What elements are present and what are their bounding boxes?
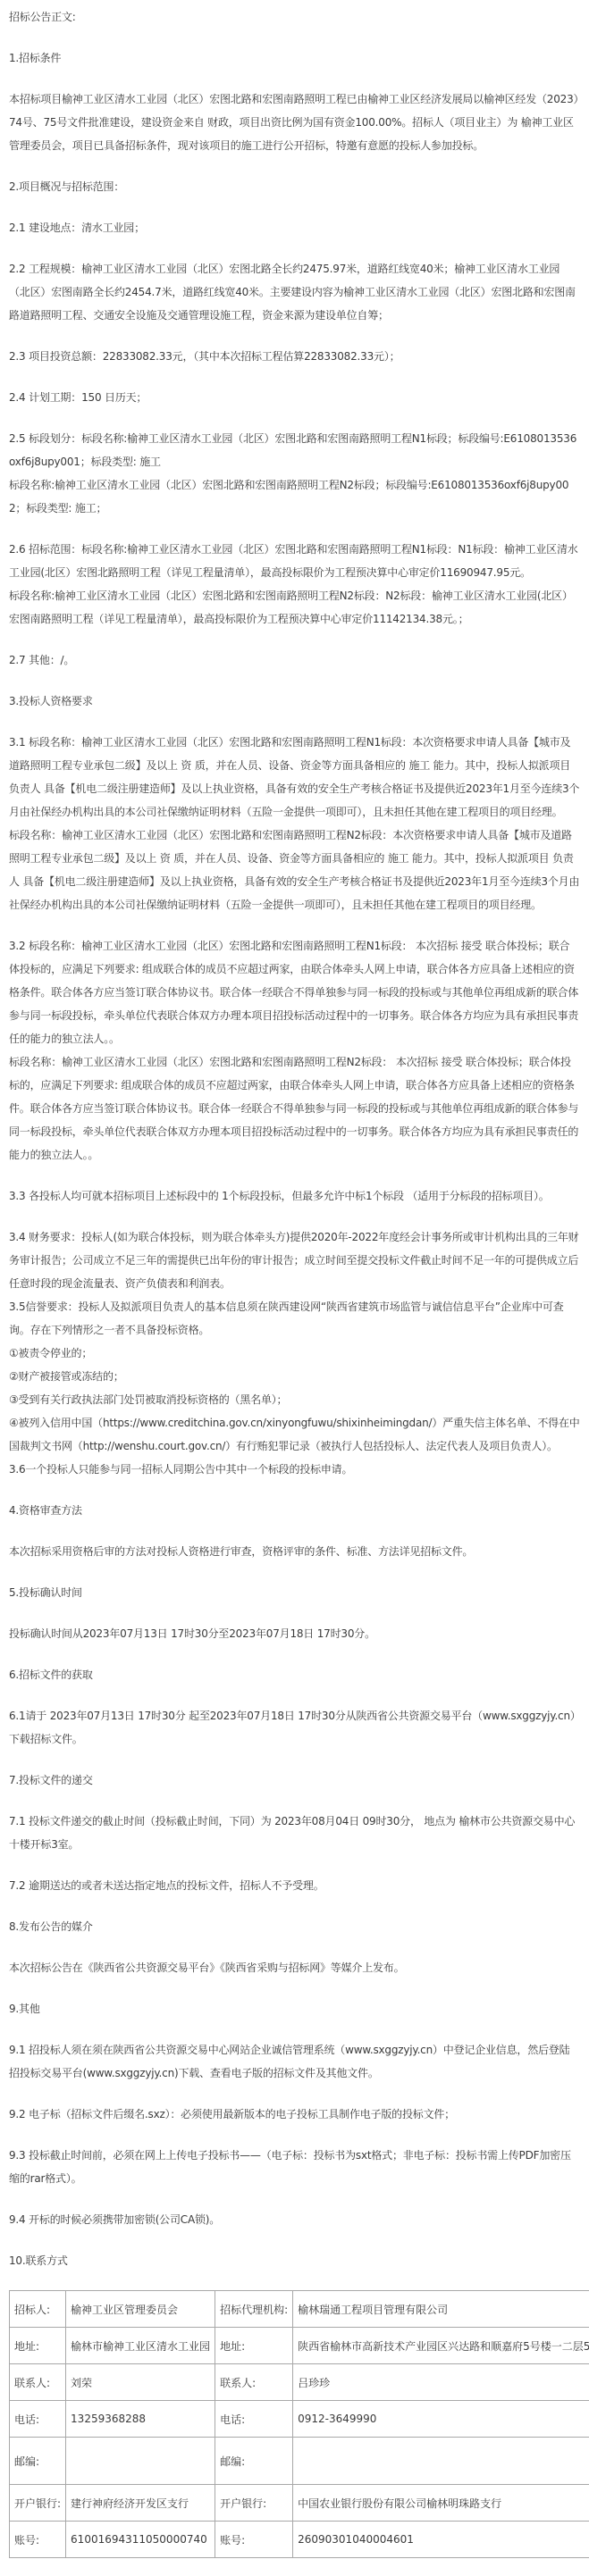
section-4-body: 本次招标采用资格后审的方法对投标人资格进行审查，资格评审的条件、标准、方法详见招… xyxy=(9,1540,580,1563)
section-4-heading: 4.资格审查方法 xyxy=(9,1499,580,1522)
label-cell: 地址: xyxy=(215,2328,293,2364)
label-cell: 招标代理机构: xyxy=(215,2291,293,2328)
section-6-body: 6.1请于 2023年07月13日 17时30分 起至2023年07月18日 1… xyxy=(9,1704,580,1751)
section-9-4: 9.4 开标的时候必须携带加密锁(公司CA锁)。 xyxy=(9,2208,580,2231)
table-row: 开户银行: 建行神府经济开发区支行 开户银行: 中国农业银行股份有限公司榆林明珠… xyxy=(10,2485,589,2522)
value-cell: 榆神工业区管理委员会 xyxy=(66,2291,215,2328)
section-3-5-item: ①被责令停业的； xyxy=(9,1342,580,1365)
label-cell: 账号: xyxy=(10,2522,66,2558)
section-3-5-item: ④被列入信用中国（https://www.creditchina.gov.cn/… xyxy=(9,1411,580,1458)
label-cell: 邮编: xyxy=(10,2438,66,2485)
label-cell: 联系人: xyxy=(10,2364,66,2401)
section-2-4: 2.4 计划工期：150 日历天； xyxy=(9,386,580,409)
section-10-heading: 10.联系方式 xyxy=(9,2249,580,2272)
label-cell: 地址: xyxy=(10,2328,66,2364)
section-2-2: 2.2 工程规模：榆神工业区清水工业园（北区）宏图北路全长约2475.97米，道… xyxy=(9,257,580,327)
section-1-body: 本招标项目榆神工业区清水工业园（北区）宏图北路和宏图南路照明工程已由榆神工业区经… xyxy=(9,88,580,157)
section-3-5-item: ③受到有关行政执法部门处罚被取消投标资格的（黑名单）； xyxy=(9,1388,580,1411)
section-3-1-n2: 标段名称：榆神工业区清水工业园（北区）宏图北路和宏图南路照明工程N2标段：本次资… xyxy=(9,824,580,916)
contact-table: 招标人: 榆神工业区管理委员会 招标代理机构: 榆林瑞通工程项目管理有限公司 地… xyxy=(9,2290,589,2558)
table-row: 电话: 13259368288 电话: 0912-3649990 xyxy=(10,2401,589,2438)
value-cell: 建行神府经济开发区支行 xyxy=(66,2485,215,2522)
value-cell: 0912-3649990 xyxy=(293,2401,589,2438)
table-row: 联系人: 刘荣 联系人: 吕珍珍 xyxy=(10,2364,589,2401)
table-row: 地址: 榆林市榆神工业区清水工业园 地址: 陕西省榆林市高新技术产业园区兴达路和… xyxy=(10,2328,589,2364)
section-7-1: 7.1 投标文件递交的截止时间（投标截止时间，下同）为 2023年08月04日 … xyxy=(9,1810,580,1856)
label-cell: 账号: xyxy=(215,2522,293,2558)
value-cell: 榆林瑞通工程项目管理有限公司 xyxy=(293,2291,589,2328)
table-row: 招标人: 榆神工业区管理委员会 招标代理机构: 榆林瑞通工程项目管理有限公司 xyxy=(10,2291,589,2328)
table-row: 账号: 61001694311050000740 账号: 26090301040… xyxy=(10,2522,589,2558)
section-8-body: 本次招标公告在《陕西省公共资源交易平台》《陕西省采购与招标网》等媒介上发布。 xyxy=(9,1956,580,1979)
table-row: 邮编: 邮编: xyxy=(10,2438,589,2485)
section-3-heading: 3.投标人资格要求 xyxy=(9,690,580,713)
value-cell xyxy=(293,2438,589,2485)
section-6-heading: 6.招标文件的获取 xyxy=(9,1663,580,1686)
section-9-2: 9.2 电子标（招标文件后缀名.sxz）：必须使用最新版本的电子投标工具制作电子… xyxy=(9,2103,580,2126)
label-cell: 电话: xyxy=(10,2401,66,2438)
section-2-6-n1: 2.6 招标范围：标段名称:榆神工业区清水工业园（北区）宏图北路和宏图南路照明工… xyxy=(9,538,580,584)
section-9-1: 9.1 招投标人须在须在陕西省公共资源交易中心网站企业诚信管理系统（www.sx… xyxy=(9,2038,580,2085)
document-title: 招标公告正文: xyxy=(9,5,580,29)
value-cell xyxy=(66,2438,215,2485)
label-cell: 电话: xyxy=(215,2401,293,2438)
section-2-3: 2.3 项目投资总额：22833082.33元，（其中本次招标工程估算22833… xyxy=(9,345,580,368)
section-5-body: 投标确认时间从2023年07月13日 17时30分至2023年07月18日 17… xyxy=(9,1622,580,1645)
section-2-7: 2.7 其他：/。 xyxy=(9,648,580,672)
section-7-2: 7.2 逾期送达的或者未送达指定地点的投标文件，招标人不予受理。 xyxy=(9,1874,580,1897)
value-cell: 陕西省榆林市高新技术产业园区兴达路和顺嘉府5号楼一二层5号 xyxy=(293,2328,589,2364)
label-cell: 招标人: xyxy=(10,2291,66,2328)
value-cell: 26090301040004601 xyxy=(293,2522,589,2558)
section-7-heading: 7.投标文件的递交 xyxy=(9,1769,580,1792)
value-cell: 中国农业银行股份有限公司榆林明珠路支行 xyxy=(293,2485,589,2522)
value-cell: 吕珍珍 xyxy=(293,2364,589,2401)
label-cell: 开户银行: xyxy=(10,2485,66,2522)
section-2-6-n2: 标段名称:榆神工业区清水工业园（北区）宏图北路和宏图南路照明工程N2标段：N2标… xyxy=(9,584,580,631)
label-cell: 联系人: xyxy=(215,2364,293,2401)
section-3-2-n1: 3.2 标段名称：榆神工业区清水工业园（北区）宏图北路和宏图南路照明工程N1标段… xyxy=(9,934,580,1050)
section-1-heading: 1.招标条件 xyxy=(9,46,580,70)
label-cell: 开户银行: xyxy=(215,2485,293,2522)
label-cell: 邮编: xyxy=(215,2438,293,2485)
section-2-1: 2.1 建设地点：清水工业园； xyxy=(9,216,580,239)
section-3-2-n2: 标段名称：榆神工业区清水工业园（北区）宏图北路和宏图南路照明工程N2标段： 本次… xyxy=(9,1050,580,1167)
announcement-document: 招标公告正文: 1.招标条件 本招标项目榆神工业区清水工业园（北区）宏图北路和宏… xyxy=(0,0,589,2576)
section-9-heading: 9.其他 xyxy=(9,1997,580,2020)
value-cell: 榆林市榆神工业区清水工业园 xyxy=(66,2328,215,2364)
value-cell: 13259368288 xyxy=(66,2401,215,2438)
section-3-5-item: ②财产被接管或冻结的； xyxy=(9,1365,580,1388)
section-9-3: 9.3 投标截止时间前，必须在网上上传电子投标书——（电子标：投标书为sxt格式… xyxy=(9,2144,580,2190)
section-3-4: 3.4 财务要求：投标人(如为联合体投标，则为联合体牵头方)提供2020年-20… xyxy=(9,1225,580,1295)
section-2-5-n1: 2.5 标段划分：标段名称:榆神工业区清水工业园（北区）宏图北路和宏图南路照明工… xyxy=(9,427,580,473)
value-cell: 刘荣 xyxy=(66,2364,215,2401)
section-5-heading: 5.投标确认时间 xyxy=(9,1581,580,1604)
section-3-1-n1: 3.1 标段名称：榆神工业区清水工业园（北区）宏图北路和宏图南路照明工程N1标段… xyxy=(9,731,580,824)
value-cell: 61001694311050000740 xyxy=(66,2522,215,2558)
section-3-6: 3.6一个投标人只能参与同一招标人同期公告中其中一个标段的投标申请。 xyxy=(9,1458,580,1481)
section-2-heading: 2.项目概况与招标范围： xyxy=(9,175,580,198)
section-8-heading: 8.发布公告的媒介 xyxy=(9,1915,580,1938)
section-3-5: 3.5信誉要求：投标人及拟派项目负责人的基本信息须在陕西建设网“陕西省建筑市场监… xyxy=(9,1295,580,1342)
section-3-3: 3.3 各投标人均可就本招标项目上述标段中的 1个标段投标，但最多允许中标1个标… xyxy=(9,1184,580,1208)
section-2-5-n2: 标段名称:榆神工业区清水工业园（北区）宏图北路和宏图南路照明工程N2标段；标段编… xyxy=(9,473,580,520)
